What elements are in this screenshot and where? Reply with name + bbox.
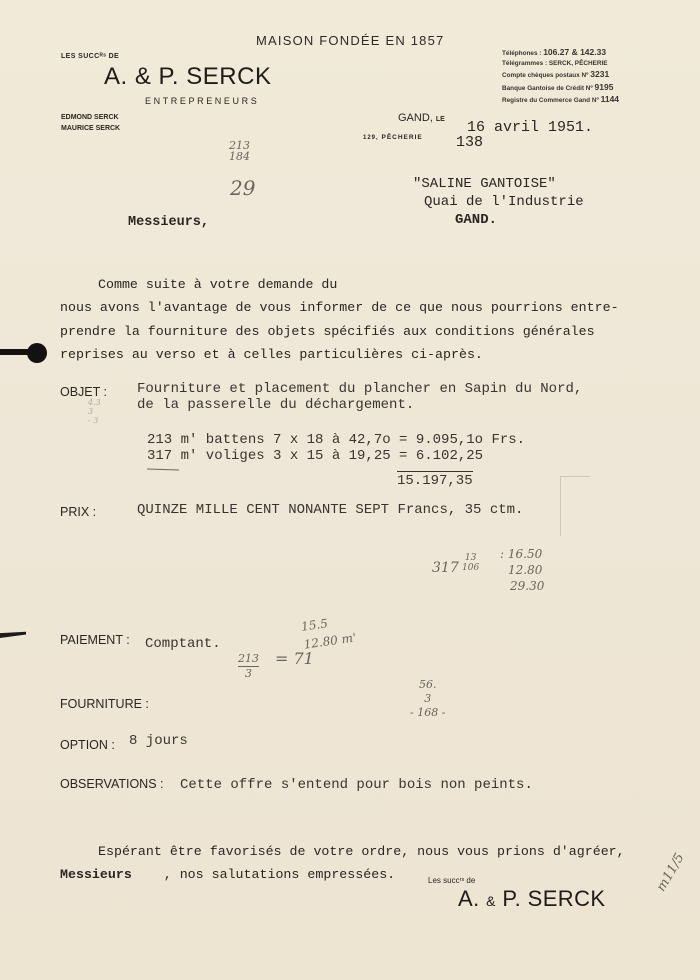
- objet-description: Fourniture et placement du plancher en S…: [137, 381, 582, 413]
- founded-line: MAISON FONDÉE EN 1857: [256, 33, 444, 48]
- intro-line: Comme suite à votre demande du: [60, 273, 619, 296]
- option-label: OPTION :: [60, 738, 115, 752]
- contact-bank: Banque Gantoise de Crédit Nº 9195: [502, 82, 619, 94]
- handwritten-underline: [147, 468, 179, 470]
- partner-name: MAURICE SERCK: [61, 123, 120, 134]
- item-row: 213 m' battens 7 x 18 à 42,7o = 9.095,1o…: [147, 432, 525, 448]
- observations-label: OBSERVATIONS :: [60, 777, 164, 791]
- handwritten-result-top: 29: [230, 176, 255, 200]
- intro-line: prendre la fourniture des objets spécifi…: [60, 320, 619, 343]
- firm-trade: ENTREPRENEURS: [145, 96, 259, 106]
- handwritten-values-right: : 16.50 12.80 29.30: [500, 546, 544, 594]
- closing-line: Espérant être favorisés de votre ordre, …: [60, 840, 625, 863]
- address-typed-number: 138: [456, 134, 483, 151]
- prix-value: QUINZE MILLE CENT NONANTE SEPT Francs, 3…: [137, 502, 523, 518]
- contact-phone: Téléphones : 106.27 & 142.33: [502, 47, 619, 59]
- salutation: Messieurs,: [128, 215, 209, 230]
- pencil-mark: [560, 476, 590, 477]
- option-value: 8 jours: [129, 733, 188, 749]
- paiement-label: PAIEMENT :: [60, 633, 130, 647]
- item-row: 317 m' voliges 3 x 15 à 19,25 = 6.102,25: [147, 448, 525, 464]
- handwritten-fraction-right: 13 106: [462, 553, 479, 573]
- observations-value: Cette offre s'entend pour bois non peint…: [180, 777, 533, 793]
- address-line: 129, PÊCHERIE: [363, 134, 423, 141]
- closing-line: Messieurs , nos salutations empressées.: [60, 863, 625, 886]
- fourniture-label: FOURNITURE :: [60, 697, 149, 711]
- items-total: 15.197,35: [397, 471, 473, 489]
- successors-prefix: LES SUCCᴿˢ DE: [61, 53, 119, 60]
- recipient-name: "SALINE GANTOISE": [413, 175, 584, 193]
- letter-page: MAISON FONDÉE EN 1857 LES SUCCᴿˢ DE A. &…: [0, 0, 700, 980]
- handwritten-values-mid: 15.5 12.80 m': [300, 611, 357, 654]
- objet-line: de la passerelle du déchargement.: [137, 397, 582, 413]
- contact-postal-account: Compte chèques postaux Nº 3231: [502, 69, 619, 81]
- signature-prefix: Les succʳˢ de: [428, 876, 475, 885]
- contact-registry: Registre du Commerce Gand Nº 1144: [502, 94, 619, 106]
- objet-label: OBJET :: [60, 385, 107, 399]
- contact-block: Téléphones : 106.27 & 142.33 Télégrammes…: [502, 47, 619, 106]
- intro-paragraph: Comme suite à votre demande du nous avon…: [60, 273, 619, 366]
- recipient-street: Quai de l'Industrie: [413, 193, 584, 211]
- handwritten-calc-top: 213 184: [229, 140, 250, 162]
- tear-mark: [0, 628, 28, 642]
- partners-list: EDMOND SERCK MAURICE SERCK: [61, 112, 120, 134]
- handwritten-margin-objet: 4.3 3 - 3: [88, 398, 101, 425]
- firm-name: A. & P. SERCK: [104, 63, 271, 91]
- prix-label: PRIX :: [60, 505, 96, 519]
- letter-date: 16 avril 1951.: [467, 119, 593, 136]
- objet-line: Fourniture et placement du plancher en S…: [137, 381, 582, 397]
- item-list: 213 m' battens 7 x 18 à 42,7o = 9.095,1o…: [147, 432, 525, 464]
- handwritten-calc-right: 317: [432, 560, 459, 576]
- intro-line: reprises au verso et à celles particuliè…: [60, 343, 619, 366]
- signature-firm: A. & P. SERCK: [458, 886, 605, 912]
- intro-line: nous avons l'avantage de vous informer d…: [60, 296, 619, 319]
- closing-paragraph: Espérant être favorisés de votre ordre, …: [60, 840, 625, 886]
- handwritten-fraction-mid: 213 3: [238, 652, 259, 681]
- place-line: GAND, LE: [398, 112, 445, 124]
- pencil-mark: [560, 476, 561, 536]
- punch-hole-mark: [0, 343, 48, 363]
- recipient-block: "SALINE GANTOISE" Quai de l'Industrie GA…: [413, 175, 584, 229]
- contact-telegram: Télégrammes : SERCK, PÊCHERIE: [502, 59, 619, 69]
- recipient-city: GAND.: [413, 211, 584, 229]
- handwritten-initials: m11/5: [654, 851, 688, 894]
- partner-name: EDMOND SERCK: [61, 112, 120, 123]
- handwritten-calc-low: 56. 3 - 168 -: [410, 678, 445, 720]
- paiement-value: Comptant.: [145, 636, 221, 652]
